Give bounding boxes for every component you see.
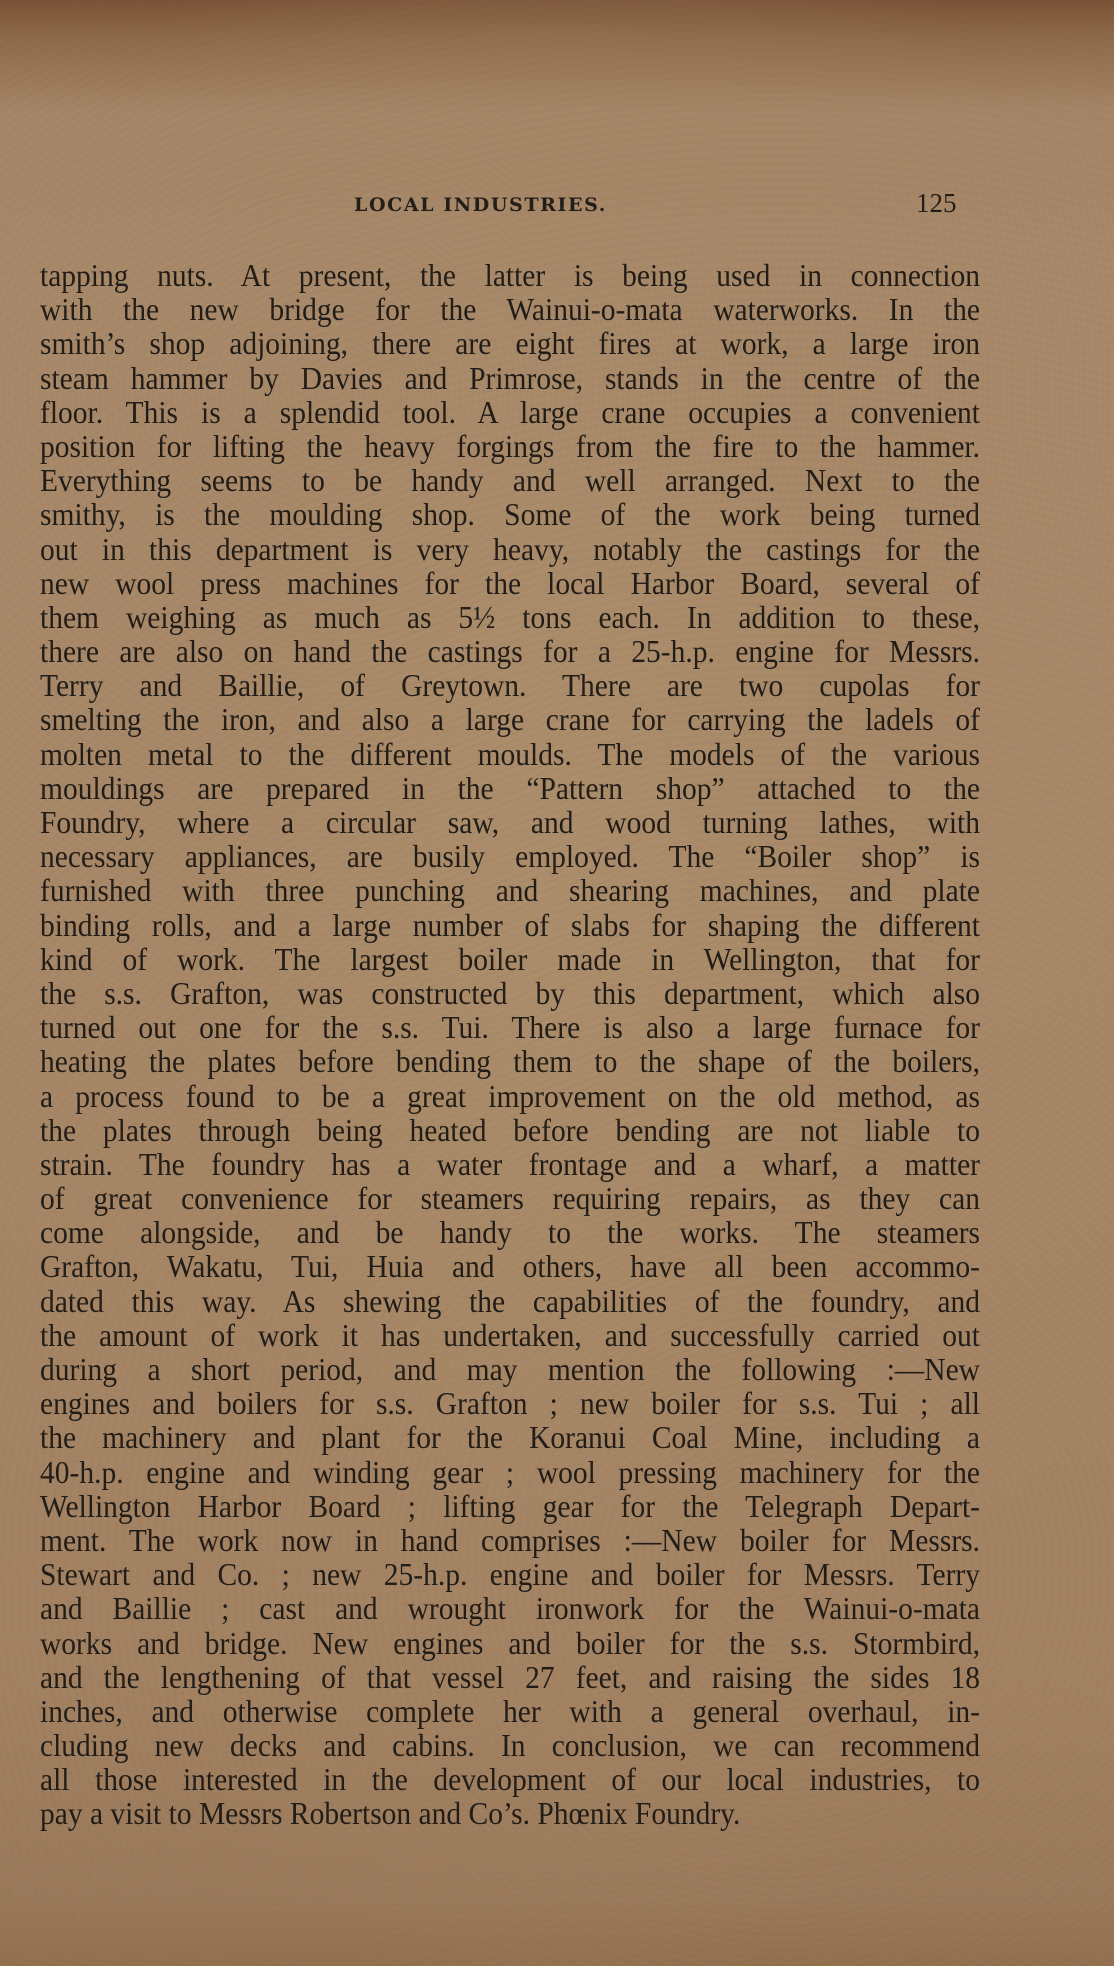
text-line: position for lifting the heavy forgings … — [40, 429, 980, 466]
text-line-last: pay a visit to Messrs Robertson and Co’s… — [40, 1796, 980, 1833]
running-title: LOCAL INDUSTRIES. — [354, 194, 607, 216]
text-line: during a short period, and may mention t… — [40, 1352, 980, 1389]
text-line: heating the plates before bending them t… — [40, 1044, 980, 1081]
text-line: Everything seems to be handy and well ar… — [40, 463, 980, 500]
text-line: Wellington Harbor Board ; lifting gear f… — [40, 1489, 980, 1526]
text-line: smith’s shop adjoining, there are eight … — [40, 326, 980, 363]
text-line: and the lengthening of that vessel 27 fe… — [40, 1660, 980, 1697]
text-line: inches, and otherwise complete her with … — [40, 1694, 980, 1731]
text-line: the machinery and plant for the Koranui … — [40, 1420, 980, 1457]
text-line: ment. The work now in hand comprises :—N… — [40, 1523, 980, 1560]
running-head: LOCAL INDUSTRIES. 125 — [0, 188, 1114, 224]
text-line: smithy, is the moulding shop. Some of th… — [40, 497, 980, 534]
text-line: come alongside, and be handy to the work… — [40, 1215, 980, 1252]
text-line: smelting the iron, and also a large cran… — [40, 702, 980, 739]
text-line: Stewart and Co. ; new 25-h.p. engine and… — [40, 1557, 980, 1594]
text-line: them weighing as much as 5½ tons each. I… — [40, 600, 980, 637]
text-line: turned out one for the s.s. Tui. There i… — [40, 1010, 980, 1047]
text-line: Foundry, where a circular saw, and wood … — [40, 805, 980, 842]
text-line: molten metal to the different moulds. Th… — [40, 737, 980, 774]
text-line: dated this way. As shewing the capabilit… — [40, 1284, 980, 1321]
text-line: new wool press machines for the local Ha… — [40, 566, 980, 603]
text-line: mouldings are prepared in the “Pattern s… — [40, 771, 980, 808]
text-line: the plates through being heated before b… — [40, 1113, 980, 1150]
text-line: cluding new decks and cabins. In conclus… — [40, 1728, 980, 1765]
text-line: Terry and Baillie, of Greytown. There ar… — [40, 668, 980, 705]
text-line: there are also on hand the castings for … — [40, 634, 980, 671]
text-line: a process found to be a great improvemen… — [40, 1079, 980, 1116]
text-line: Grafton, Wakatu, Tui, Huia and others, h… — [40, 1249, 980, 1286]
text-line: 40-h.p. engine and winding gear ; wool p… — [40, 1455, 980, 1492]
text-line: works and bridge. New engines and boiler… — [40, 1626, 980, 1663]
text-line: engines and boilers for s.s. Grafton ; n… — [40, 1386, 980, 1423]
text-line: furnished with three punching and sheari… — [40, 873, 980, 910]
text-line: strain. The foundry has a water frontage… — [40, 1147, 980, 1184]
body-text: tapping nuts. At present, the latter is … — [40, 258, 980, 1831]
text-line: tapping nuts. At present, the latter is … — [40, 258, 980, 295]
text-line: floor. This is a splendid tool. A large … — [40, 395, 980, 432]
text-line: with the new bridge for the Wainui-o-mat… — [40, 292, 980, 329]
text-line: out in this department is very heavy, no… — [40, 532, 980, 569]
text-line: all those interested in the development … — [40, 1762, 980, 1799]
text-line: binding rolls, and a large number of sla… — [40, 908, 980, 945]
text-line: and Baillie ; cast and wrought ironwork … — [40, 1591, 980, 1628]
text-line: the amount of work it has undertaken, an… — [40, 1318, 980, 1355]
text-line: kind of work. The largest boiler made in… — [40, 942, 980, 979]
text-line: necessary appliances, are busily employe… — [40, 839, 980, 876]
text-line: of great convenience for steamers requir… — [40, 1181, 980, 1218]
book-page: LOCAL INDUSTRIES. 125 tapping nuts. At p… — [0, 0, 1114, 1966]
text-line: the s.s. Grafton, was constructed by thi… — [40, 976, 980, 1013]
page-number: 125 — [916, 188, 957, 219]
text-line: steam hammer by Davies and Primrose, sta… — [40, 361, 980, 398]
